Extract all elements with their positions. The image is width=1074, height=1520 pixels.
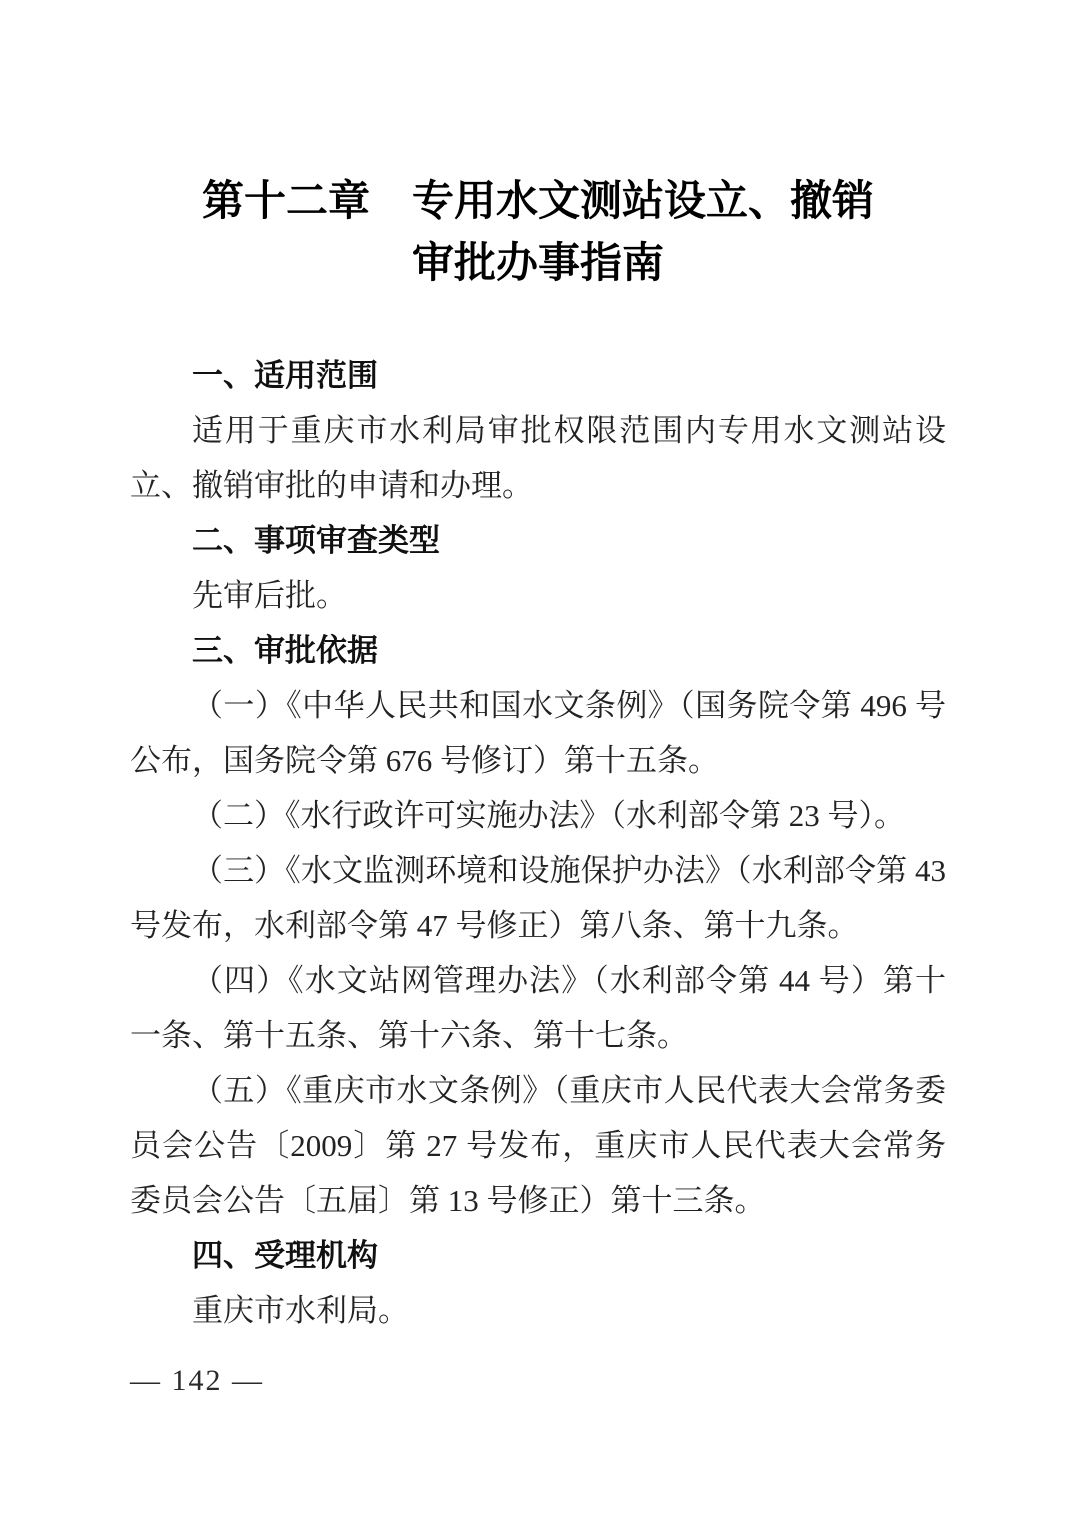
paragraph: （一）《中华人民共和国水文条例》（国务院令第 496 号公布，国务院令第 676…	[130, 678, 946, 788]
paragraph: （二）《水行政许可实施办法》（水利部令第 23 号）。	[130, 788, 946, 843]
section-heading-applicable-scope: 一、适用范围	[130, 348, 946, 403]
paragraph: 先审后批。	[130, 568, 946, 623]
section-heading-accepting-agency: 四、受理机构	[130, 1228, 946, 1283]
page-content: 第十二章 专用水文测站设立、撤销 审批办事指南 一、适用范围 适用于重庆市水利局…	[0, 0, 1074, 1338]
section-heading-approval-basis: 三、审批依据	[130, 623, 946, 678]
chapter-title: 第十二章 专用水文测站设立、撤销 审批办事指南	[130, 170, 946, 294]
section-review-type: 二、事项审查类型 先审后批。	[130, 513, 946, 623]
chapter-title-line-1: 第十二章 专用水文测站设立、撤销	[130, 170, 946, 232]
document-page: 第十二章 专用水文测站设立、撤销 审批办事指南 一、适用范围 适用于重庆市水利局…	[0, 0, 1074, 1520]
paragraph: 重庆市水利局。	[130, 1283, 946, 1338]
section-accepting-agency: 四、受理机构 重庆市水利局。	[130, 1228, 946, 1338]
section-applicable-scope: 一、适用范围 适用于重庆市水利局审批权限范围内专用水文测站设立、撤销审批的申请和…	[130, 348, 946, 513]
paragraph: （五）《重庆市水文条例》（重庆市人民代表大会常务委员会公告〔2009〕第 27 …	[130, 1063, 946, 1228]
section-approval-basis: 三、审批依据 （一）《中华人民共和国水文条例》（国务院令第 496 号公布，国务…	[130, 623, 946, 1228]
chapter-title-line-2: 审批办事指南	[130, 232, 946, 294]
paragraph: （四）《水文站网管理办法》（水利部令第 44 号）第十一条、第十五条、第十六条、…	[130, 953, 946, 1063]
section-heading-review-type: 二、事项审查类型	[130, 513, 946, 568]
paragraph: （三）《水文监测环境和设施保护办法》（水利部令第 43 号发布，水利部令第 47…	[130, 843, 946, 953]
paragraph: 适用于重庆市水利局审批权限范围内专用水文测站设立、撤销审批的申请和办理。	[130, 403, 946, 513]
page-number: — 142 —	[130, 1364, 264, 1397]
page-footer: — 142 —	[130, 1364, 264, 1398]
